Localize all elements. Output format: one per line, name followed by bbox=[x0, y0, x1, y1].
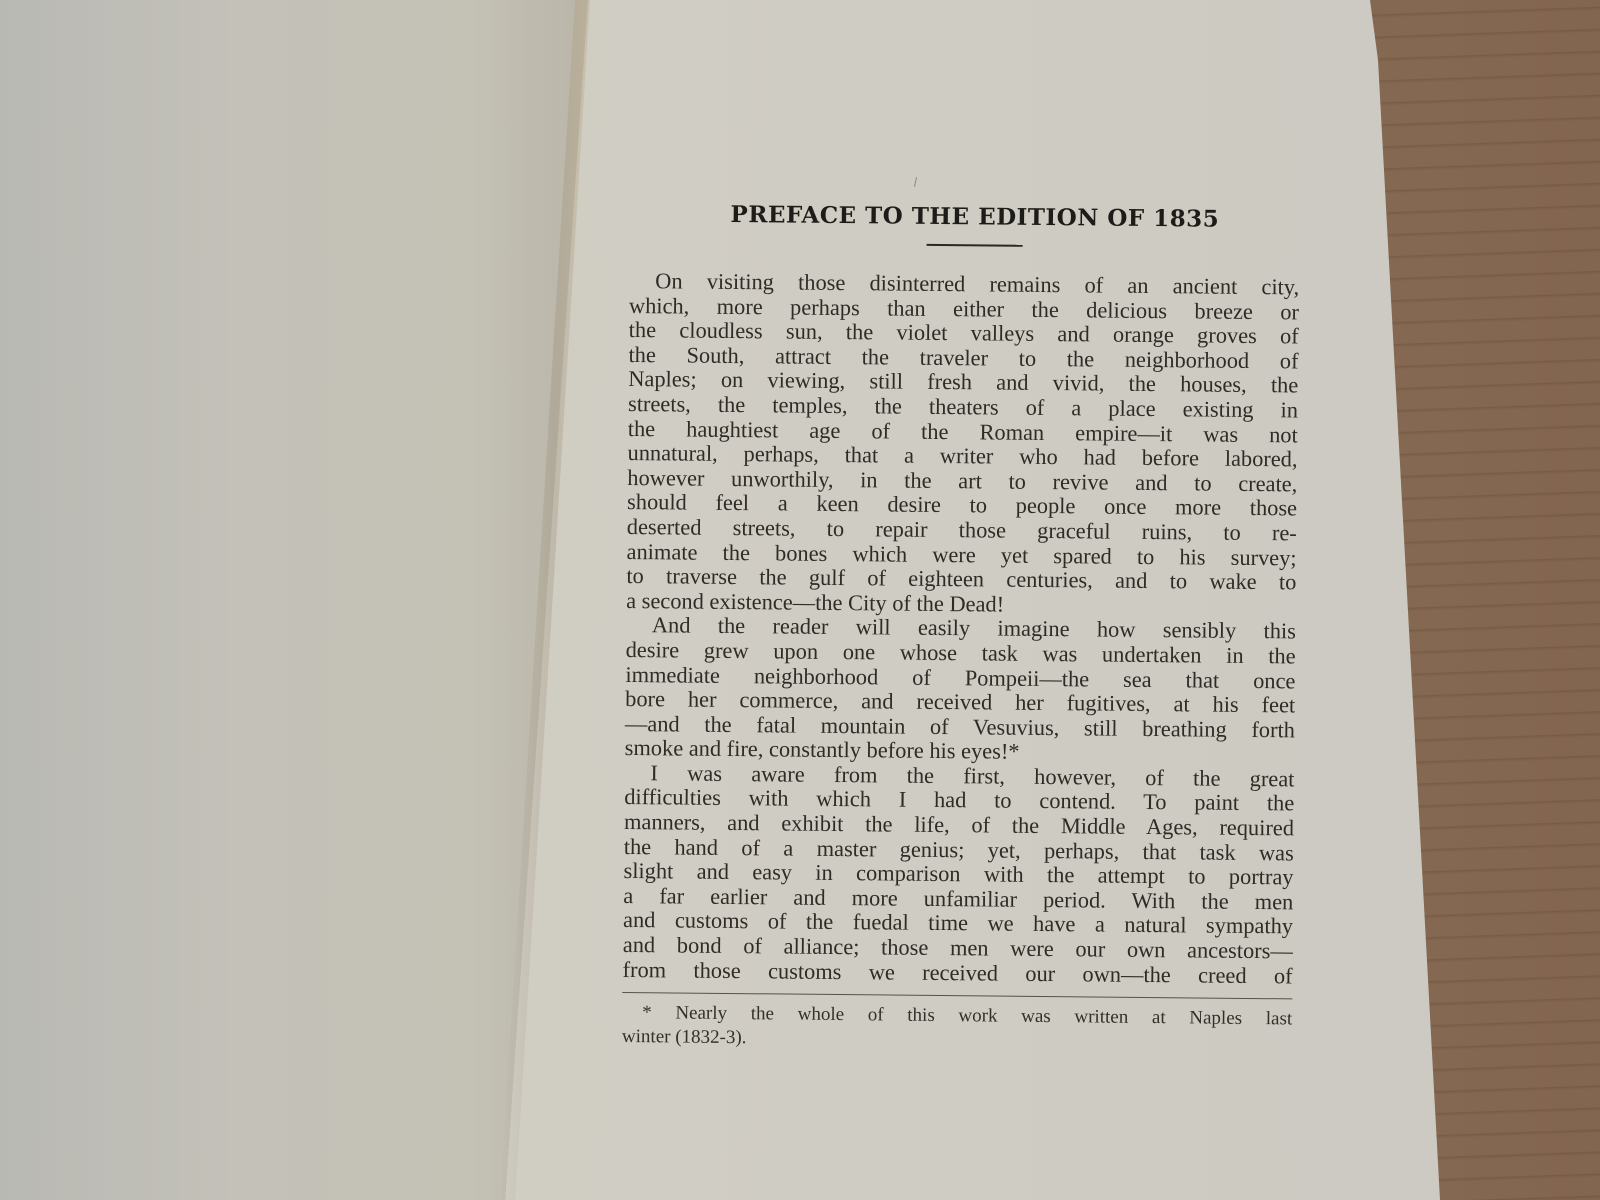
footnote: * Nearly the whole of this work was writ… bbox=[622, 1001, 1292, 1055]
title-divider bbox=[927, 244, 1023, 247]
text-line: from those customs we received our own—t… bbox=[622, 958, 1292, 989]
left-page-blank bbox=[0, 0, 590, 1200]
paragraph-3: I was aware from the first, however, of … bbox=[622, 761, 1294, 989]
preface-page: PREFACE TO THE EDITION OF 1835 On visiti… bbox=[622, 200, 1300, 1056]
paragraph-2: And the reader will easily imagine how s… bbox=[625, 613, 1296, 767]
page-title: PREFACE TO THE EDITION OF 1835 bbox=[650, 200, 1300, 233]
paragraph-1: On visiting those disinterred remains of… bbox=[626, 269, 1299, 620]
footnote-divider bbox=[622, 992, 1292, 999]
preface-body: On visiting those disinterred remains of… bbox=[622, 269, 1299, 989]
